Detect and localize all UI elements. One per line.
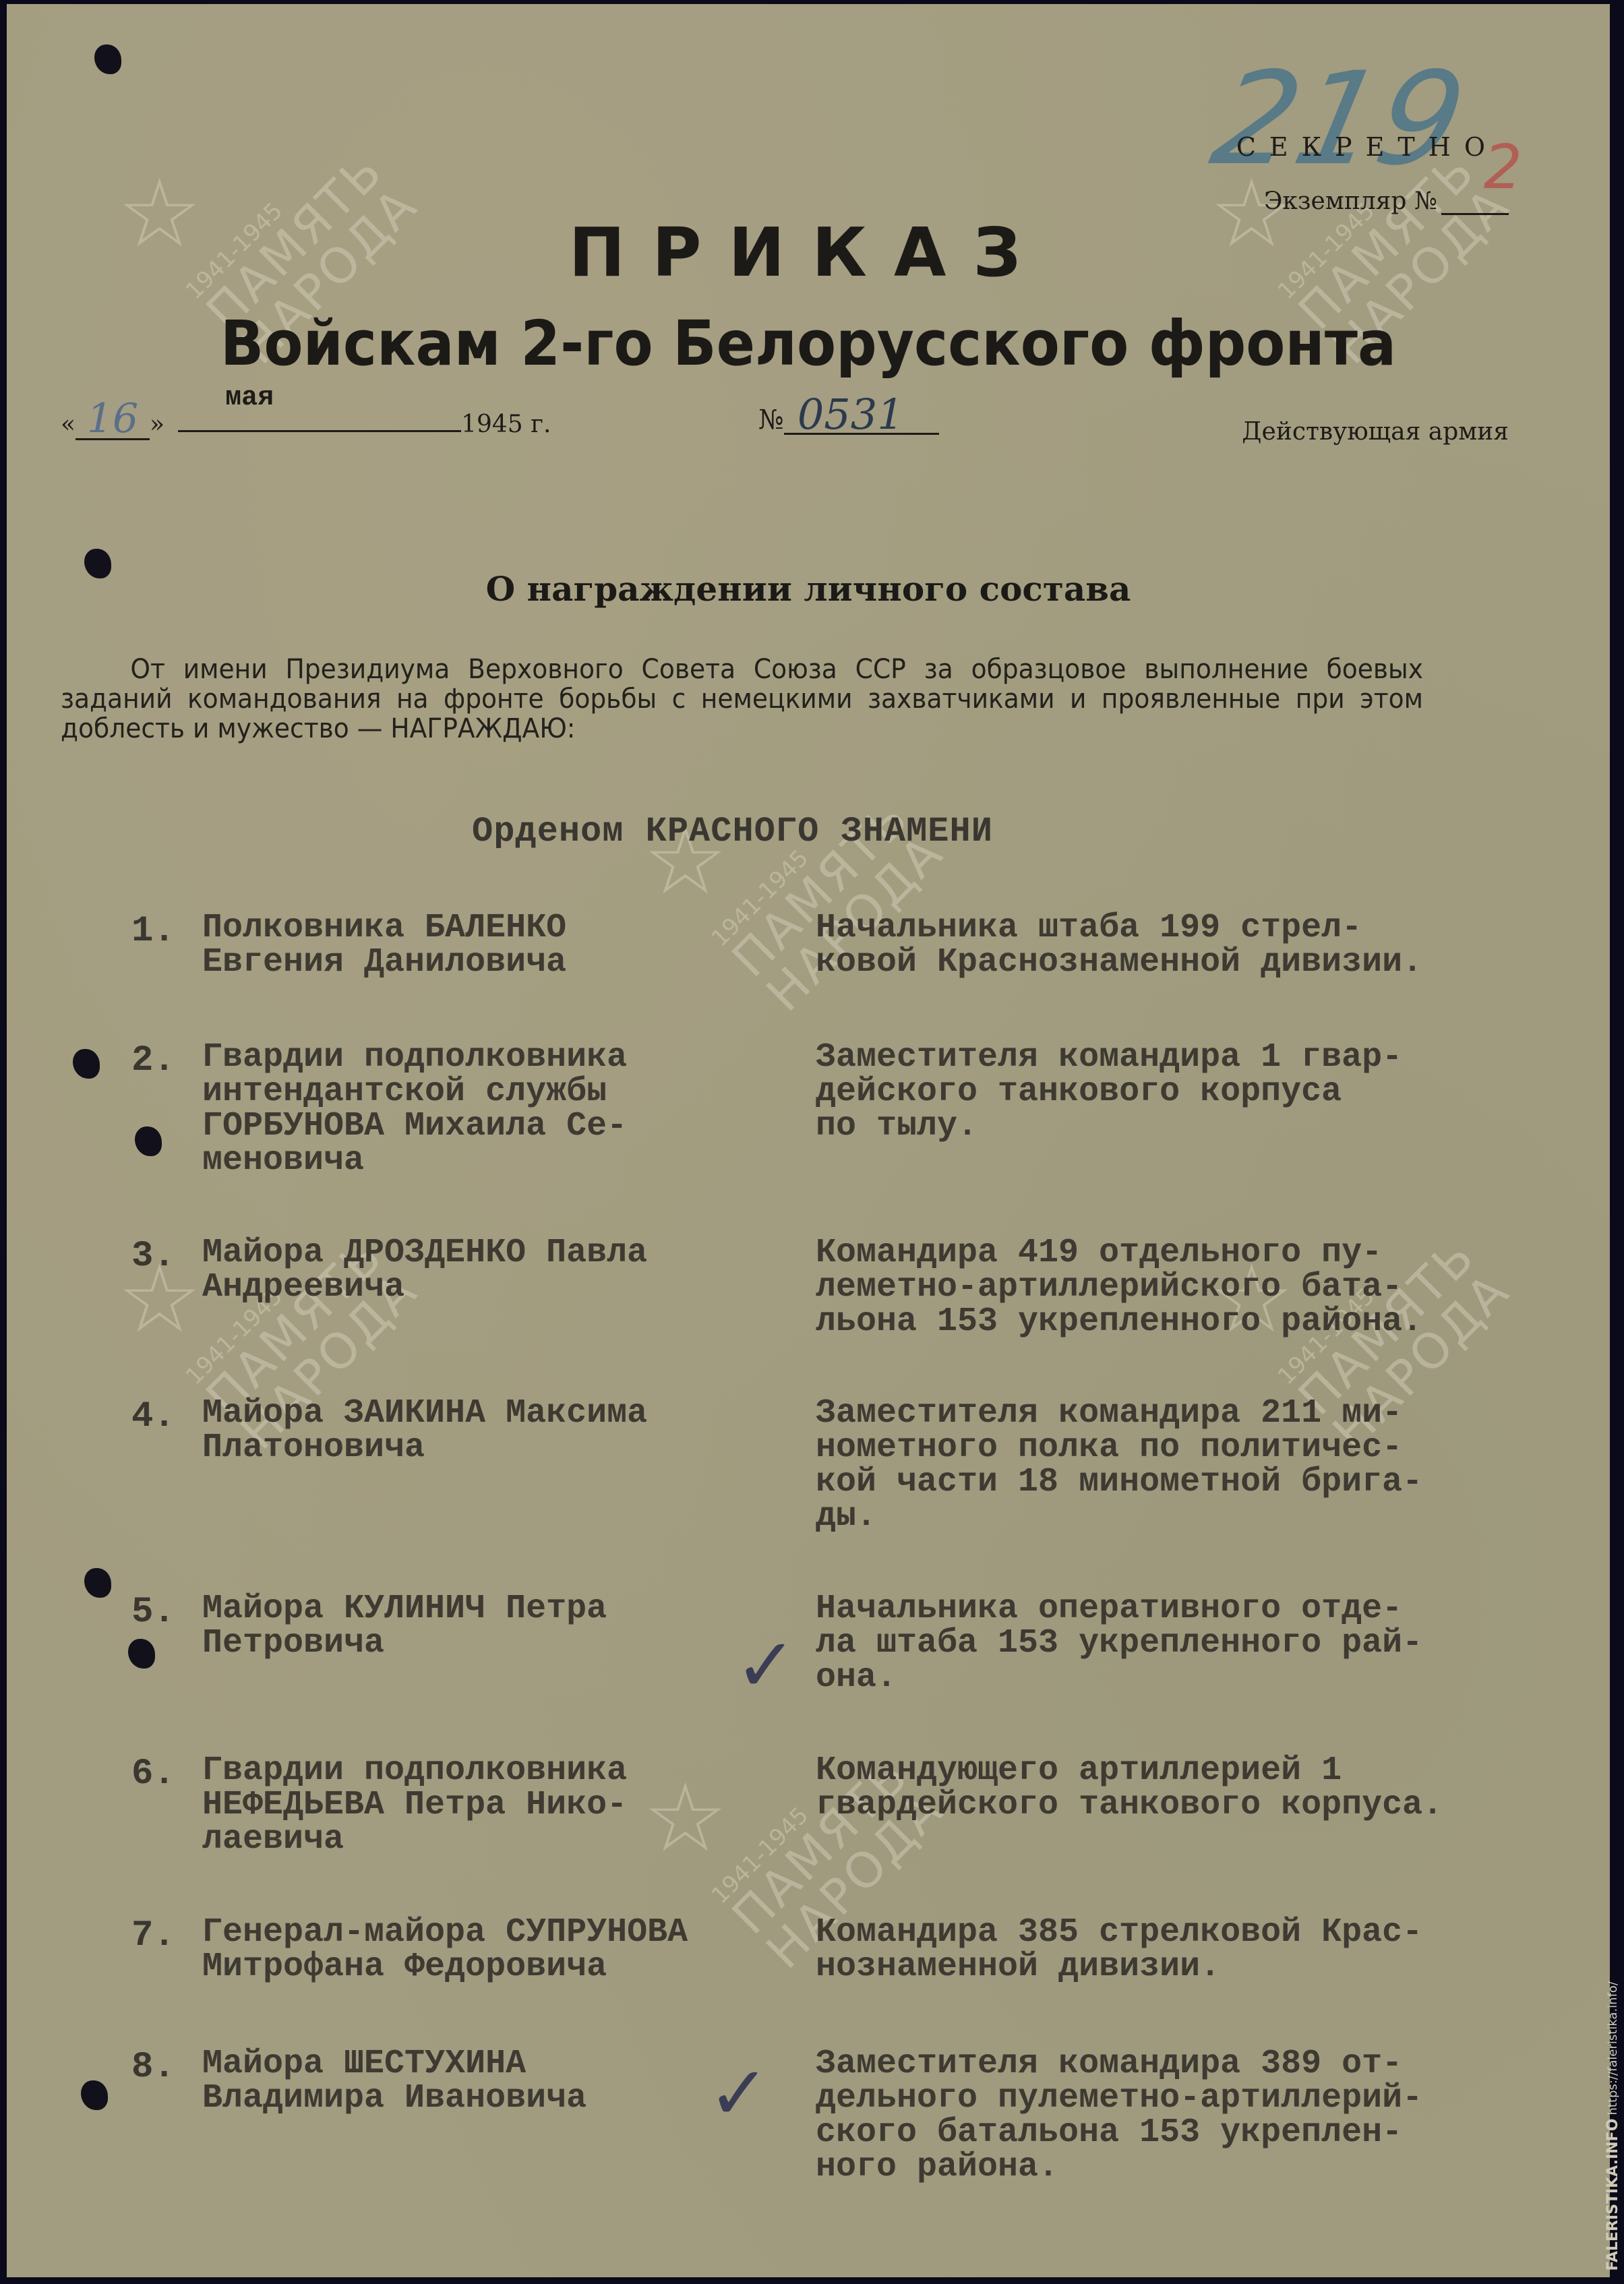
- checkmark-icon: ✓: [735, 1622, 797, 1708]
- month-field: мая: [178, 410, 461, 432]
- location-label: Действующая армия: [1242, 418, 1509, 446]
- awardee-name: Майора ЗАИКИНА Максима Платоновича: [202, 1396, 849, 1465]
- punch-hole: [81, 2080, 108, 2110]
- punch-hole: [128, 1639, 155, 1669]
- order-number: №0531: [758, 396, 939, 435]
- day-handwritten: 16: [76, 409, 150, 440]
- awardee-name: Майора ДРОЗДЕНКО Павла Андреевича: [202, 1236, 849, 1304]
- entry-number: 6.: [131, 1753, 175, 1795]
- awardee-position: Командира 419 отдельного пу- леметно-арт…: [816, 1236, 1557, 1339]
- punch-hole: [135, 1126, 162, 1156]
- preamble-text: От имени Президиума Верховного Совета Со…: [61, 655, 1423, 744]
- entry-number: 5.: [131, 1592, 175, 1633]
- awardee-position: Заместителя командира 1 гвар- дейского т…: [816, 1040, 1557, 1143]
- source-url: https://faleristika.info/: [1606, 1981, 1620, 2115]
- document-subtitle: Войскам 2-го Белорусского фронта: [71, 307, 1546, 380]
- source-tag: FALERISTIKA.INFO https://faleristika.inf…: [1604, 1981, 1621, 2271]
- source-brand: FALERISTIKA.INFO: [1604, 2118, 1621, 2271]
- awardee-name: Полковника БАЛЕНКО Евгения Даниловича: [202, 911, 849, 980]
- year-value: 1945 г.: [461, 411, 551, 438]
- awardee-position: Начальника штаба 199 стрел- ковой Красно…: [816, 911, 1557, 980]
- section-heading: О награждении личного состава: [7, 569, 1610, 609]
- awardee-position: Начальника оперативного отде- ла штаба 1…: [816, 1592, 1557, 1695]
- award-name: Орденом КРАСНОГО ЗНАМЕНИ: [472, 812, 993, 851]
- document-page: ☆ 1941-1945 ПАМЯТЬ НАРОДА ☆ 1941-1945 ПА…: [7, 4, 1610, 2277]
- punch-hole: [84, 1568, 111, 1598]
- entry-number: 7.: [131, 1915, 175, 1956]
- archive-number-handwritten: 219: [1201, 44, 1478, 193]
- awardee-name: Гвардии подполковника интендантской служ…: [202, 1040, 849, 1178]
- entry-number: 1.: [131, 911, 175, 952]
- punch-hole: [73, 1049, 100, 1079]
- awardee-position: Заместителя командира 211 ми- нометного …: [816, 1396, 1557, 1534]
- copy-number-handwritten: 2: [1484, 132, 1522, 203]
- order-number-handwritten: 0531: [784, 396, 939, 435]
- awardee-position: Командующего артиллерией 1 гвардейского …: [816, 1753, 1557, 1822]
- punch-hole: [94, 44, 121, 74]
- entry-number: 3.: [131, 1236, 175, 1277]
- awardee-name: Гвардии подполковника НЕФЕДЬЕВА Петра Ни…: [202, 1753, 849, 1857]
- copy-number: Экземпляр №: [1264, 187, 1509, 215]
- awardee-position: Заместителя командира 389 от- дельного п…: [816, 2047, 1557, 2184]
- document-title: ПРИКАЗ: [7, 213, 1610, 292]
- entry-number: 4.: [131, 1396, 175, 1437]
- awardee-position: Командира 385 стрелковой Крас- нознаменн…: [816, 1915, 1557, 1984]
- awardee-name: Генерал-майора СУПРУНОВА Митрофана Федор…: [202, 1915, 849, 1984]
- date-line: «16»мая1945 г.: [61, 409, 551, 440]
- checkmark-icon: ✓: [708, 2050, 770, 2136]
- classification-label: СЕКРЕТНО: [1236, 132, 1499, 162]
- entry-number: 8.: [131, 2047, 175, 2088]
- month-value: мая: [225, 383, 274, 413]
- copy-label: Экземпляр №: [1264, 187, 1437, 215]
- order-number-label: №: [758, 404, 784, 435]
- entry-number: 2.: [131, 1040, 175, 1081]
